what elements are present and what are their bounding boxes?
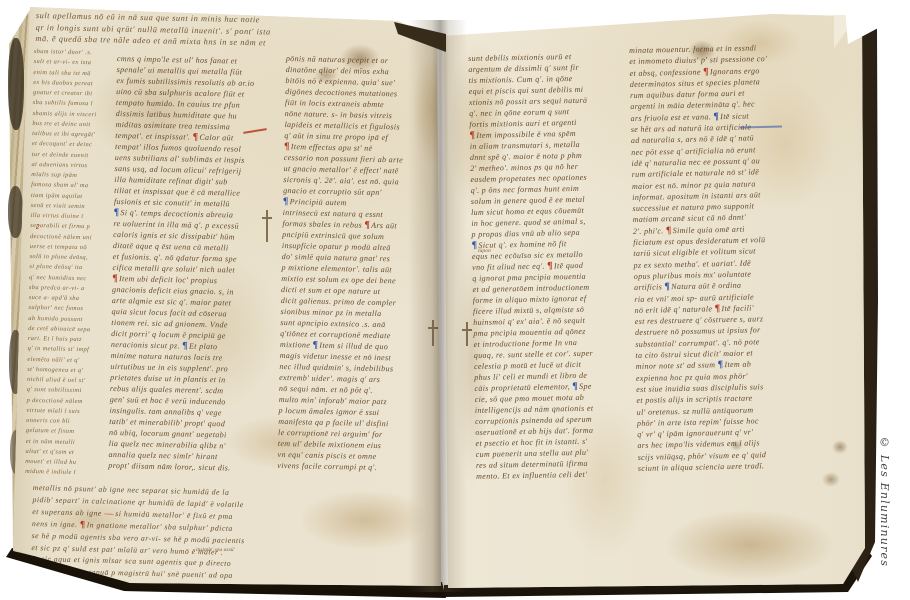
fore-edge-dark-patch bbox=[8, 186, 23, 238]
blue-paraph-mark: ¶ bbox=[718, 359, 724, 370]
blue-paraph-mark: ¶ bbox=[283, 196, 289, 207]
left-margin-gloss-column: sbam istor' duor' .s.sult et ar-vi- ex i… bbox=[25, 47, 118, 479]
red-paraph-mark: ¶ bbox=[666, 225, 672, 236]
interlinear-note: lūpon bbox=[478, 248, 491, 254]
red-paraph-mark: ¶ bbox=[715, 303, 721, 314]
interlinear-note: insimle' seu assū' bbox=[196, 547, 235, 553]
manuscript-text-line: midum ē indiule ī bbox=[25, 467, 109, 479]
right-page-column-2: minata mouentur. forma et in essndiet in… bbox=[629, 42, 800, 475]
blue-paraph-mark: ¶ bbox=[312, 340, 318, 351]
stain bbox=[822, 472, 840, 487]
red-margin-numeral: 2 bbox=[36, 224, 40, 231]
left-page-column-2: pōnis nā naturas pcepit et ordinatōne ql… bbox=[277, 53, 434, 474]
stain bbox=[665, 510, 835, 580]
stain bbox=[832, 440, 848, 454]
red-paraph-mark: ¶ bbox=[284, 141, 290, 152]
left-page-column-1: cmns q impo'le est ul' hos fanat etspena… bbox=[108, 53, 269, 474]
red-paraph-mark: ¶ bbox=[364, 220, 370, 231]
blue-paraph-mark: ¶ bbox=[472, 240, 478, 251]
manuscript-text-line: propt' diisam nām loror,. sicut dis. bbox=[108, 460, 260, 474]
stain bbox=[300, 490, 430, 550]
manuscript-text-line: sciunt in aliqua sciencia uere tradī. bbox=[638, 460, 800, 475]
blue-paraph-mark: ¶ bbox=[572, 381, 578, 392]
manuscript-text-line: vivens facile corrumpi pt q'. bbox=[277, 460, 425, 474]
blue-paraph-mark: ¶ bbox=[664, 281, 670, 292]
manuscript-photograph: sult apellamus nō eū in nā sua que sunt … bbox=[0, 0, 910, 600]
margin-cross-mark bbox=[432, 320, 434, 346]
copyright-watermark: © Les Enluminures bbox=[878, 436, 891, 566]
margin-cross-mark bbox=[266, 210, 268, 242]
red-line-filler: —– bbox=[104, 509, 113, 518]
red-paraph-mark: ¶ bbox=[547, 260, 553, 271]
red-paraph-mark: ¶ bbox=[112, 273, 118, 284]
bottom-marginal-note: metallis nō psunt' ab igne nec separat s… bbox=[30, 482, 267, 595]
red-paraph-mark: ¶ bbox=[703, 66, 709, 77]
red-paraph-mark: ¶ bbox=[80, 519, 86, 530]
blue-paraph-mark: ¶ bbox=[114, 207, 120, 218]
fore-edge-dark-patch bbox=[8, 38, 24, 130]
blue-paraph-mark: ¶ bbox=[713, 111, 719, 122]
red-paraph-mark: ¶ bbox=[469, 130, 475, 141]
margin-cross-mark bbox=[466, 322, 468, 346]
manuscript-text-line: mento. Et ex influentia celi det' bbox=[476, 468, 624, 482]
red-paraph-mark: ¶ bbox=[193, 132, 199, 143]
top-marginal-note: sult apellamus nō eū in nā sua que sunt … bbox=[35, 10, 320, 50]
blue-paraph-mark: ¶ bbox=[182, 340, 188, 351]
right-page-column-1: sunt debilis mixtionis aurū etargentum d… bbox=[468, 50, 624, 482]
